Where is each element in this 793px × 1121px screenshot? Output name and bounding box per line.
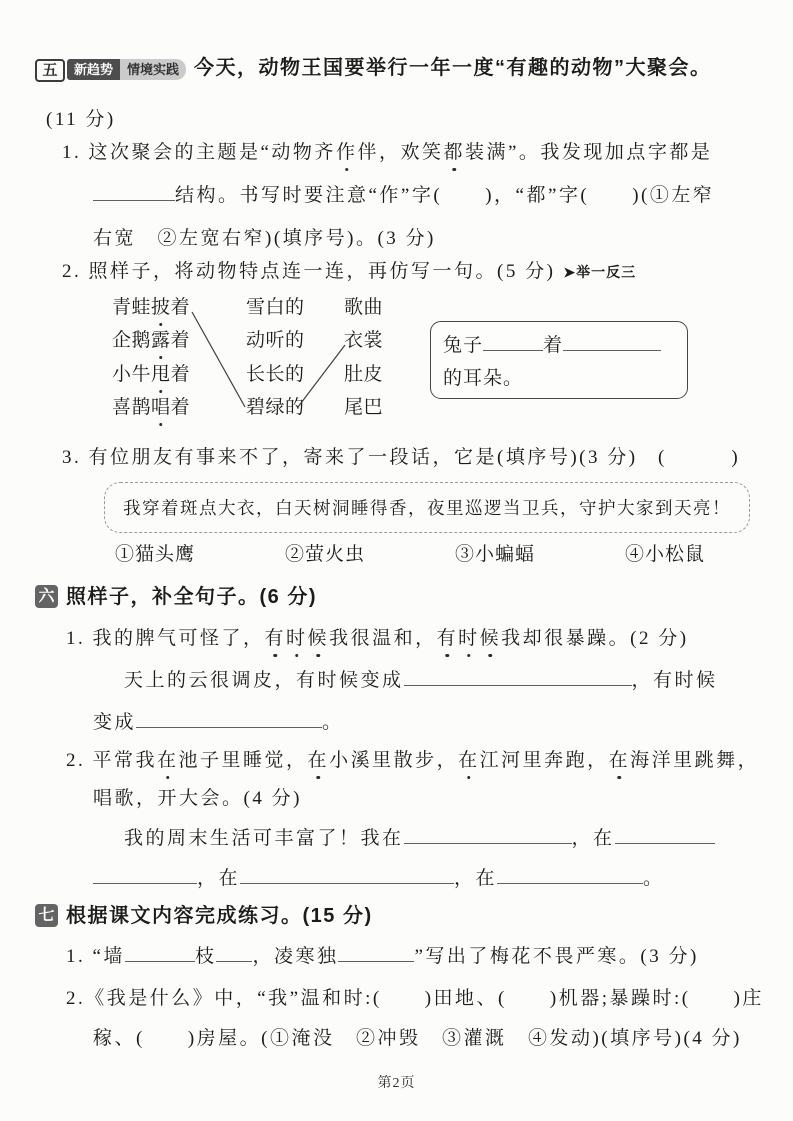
question-7-1: 1. “墙枝，凌寒独”写出了梅花不畏严寒。(3 分) — [66, 944, 699, 970]
worksheet-page: 五 新趋势 情境实践 今天，动物王国要举行一年一度“有趣的动物”大聚会。 (11… — [0, 0, 793, 1121]
match-line-example-1 — [192, 312, 245, 407]
emphasis-dotted-char: 有 — [437, 626, 459, 652]
option-4: ④小松鼠 — [625, 542, 705, 568]
fill-in-blank — [216, 944, 252, 962]
question-5-1-line3: 右宽 ②左宽右窄)(填序号)。(3 分) — [93, 226, 436, 252]
question-5-1-line1: 1. 这次聚会的主题是“动物齐作伴，欢笑都装满”。我发现加点字都是 — [62, 140, 712, 166]
section-seven-badge: 七 — [35, 904, 58, 927]
fill-in-blank — [404, 826, 572, 844]
emphasis-dotted-char: 时 — [286, 626, 308, 652]
fill-in-blank — [338, 944, 414, 962]
match-connection-lines — [100, 295, 360, 415]
question-5-2-text: 2. 照样子，将动物特点连一连，再仿写一句。(5 分) — [62, 261, 555, 282]
question-7-2-line1: 2.《我是什么》中，“我”温和时:( )田地、( )机器;暴躁时:( )庄 — [66, 986, 764, 1012]
example-sentence-line2: 的耳朵。 — [443, 366, 523, 392]
page-number: 第2页 — [0, 1072, 793, 1092]
fill-in-blank — [136, 710, 322, 728]
fill-in-blank — [404, 668, 632, 686]
section-five-title: 今天，动物王国要举行一年一度“有趣的动物”大聚会。 — [194, 55, 712, 81]
tag-new-trend: 新趋势 — [67, 59, 120, 80]
answer-blank-brackets: ( ) — [658, 445, 740, 471]
question-6-1-line3: 变成。 — [93, 710, 344, 736]
option-2: ②萤火虫 — [285, 542, 365, 568]
fill-in-blank — [125, 944, 195, 962]
option-3: ③小蝙蝠 — [455, 542, 535, 568]
fill-in-blank — [93, 866, 197, 884]
option-1: ①猫头鹰 — [115, 542, 195, 568]
tag-context-practice: 情境实践 — [120, 59, 186, 80]
question-5-2: 2. 照样子，将动物特点连一连，再仿写一句。(5 分)➤举一反三 — [62, 259, 636, 285]
riddle-box: 我穿着斑点大衣，白天树洞睡得香，夜里巡逻当卫兵，守护大家到天亮！ — [104, 482, 750, 533]
question-5-3: 3. 有位朋友有事来不了，寄来了一段话，它是(填序号)(3 分) — [62, 445, 638, 471]
question-6-2-line4: ，在，在。 — [93, 866, 665, 892]
emphasis-dotted-char: 在 — [458, 748, 480, 774]
section-seven-title: 根据课文内容完成练习。(15 分) — [66, 903, 373, 929]
riddle-text: 我穿着斑点大衣，白天树洞睡得香，夜里巡逻当卫兵，守护大家到天亮！ — [123, 495, 731, 520]
question-6-2-line2: 唱歌，开大会。(4 分) — [93, 786, 302, 812]
section-five-points: (11 分) — [46, 107, 116, 133]
emphasis-dotted-char: 候 — [480, 626, 502, 652]
question-6-2-line1: 2. 平常我在池子里睡觉，在小溪里散步，在江河里奔跑，在海洋里跳舞， — [66, 748, 759, 774]
section-six-title: 照样子，补全句子。(6 分) — [66, 584, 317, 610]
question-5-1-line2: 结构。书写时要注意“作”字( )，“都”字( )(①左窄 — [93, 183, 714, 209]
fill-in-blank — [615, 826, 715, 844]
fill-in-blank — [483, 333, 543, 351]
emphasis-dotted-char: 都 — [443, 140, 465, 166]
match-line-example-2 — [298, 345, 345, 407]
fill-in-blank — [497, 866, 643, 884]
fill-in-blank — [93, 183, 175, 201]
fill-in-blank — [240, 866, 454, 884]
question-6-1-line1: 1. 我的脾气可怪了，有时候我很温和，有时候我却很暴躁。(2 分) — [66, 626, 689, 652]
emphasis-dotted-char: 时 — [458, 626, 480, 652]
emphasis-dotted-char: 作 — [336, 140, 358, 166]
emphasis-dotted-char: 候 — [308, 626, 330, 652]
analogy-tag: ➤举一反三 — [563, 264, 636, 280]
question-6-1-line2: 天上的云很调皮，有时候变成，有时候 — [124, 668, 718, 694]
example-sentence-line1: 兔子着 — [443, 333, 661, 359]
emphasis-dotted-char: 在 — [308, 748, 330, 774]
emphasis-dotted-char: 有 — [265, 626, 287, 652]
fill-in-blank — [563, 333, 661, 351]
section-five-badge: 五 — [35, 59, 65, 82]
question-7-2-line2: 稼、( )房屋。(①淹没 ②冲毁 ③灌溉 ④发动)(填序号)(4 分) — [93, 1026, 742, 1052]
emphasis-dotted-char: 在 — [609, 748, 631, 774]
question-6-2-line3: 我的周末生活可丰富了！我在，在 — [124, 826, 715, 852]
section-six-badge: 六 — [35, 585, 58, 608]
emphasis-dotted-char: 在 — [157, 748, 179, 774]
